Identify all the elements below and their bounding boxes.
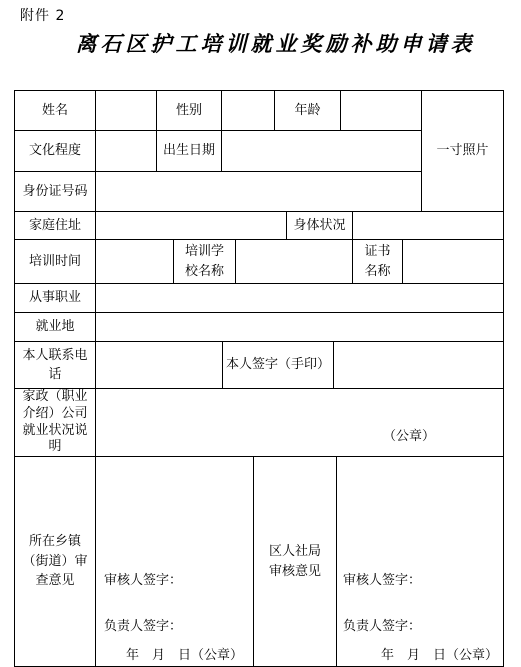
school-name-label: 培训学 校名称 [173, 239, 236, 284]
age-label: 年龄 [274, 90, 341, 131]
form-title: 离石区护工培训就业奖励补助申请表 [0, 28, 521, 58]
age-field[interactable] [340, 90, 422, 131]
address-field[interactable] [95, 211, 287, 240]
birth-date-field[interactable] [221, 130, 422, 172]
company-statement-label: 家政（职业 介绍）公司 就业状况说 明 [14, 388, 96, 457]
township-review-field[interactable]: 审核人签字： 负责人签字： 年 月 日（公章） [95, 456, 254, 667]
health-field[interactable] [352, 211, 504, 240]
photo-cell: 一寸照片 [421, 90, 504, 212]
birth-date-label: 出生日期 [156, 130, 222, 172]
gender-label: 性别 [156, 90, 222, 131]
district-date-seal-label: 年 月 日（公章） [381, 644, 498, 663]
district-reviewer-sign-label: 审核人签字： [343, 569, 421, 588]
district-responsible-sign-label: 负责人签字： [343, 615, 421, 634]
certificate-name-field[interactable] [402, 239, 504, 284]
id-number-field[interactable] [95, 171, 422, 212]
phone-label: 本人联系电 话 [14, 341, 96, 389]
self-signature-field[interactable] [333, 341, 504, 389]
employment-place-field[interactable] [95, 312, 504, 342]
employment-place-label: 就业地 [14, 312, 96, 342]
training-time-label: 培训时间 [14, 239, 96, 284]
township-reviewer-sign-label: 审核人签字： [104, 569, 182, 588]
attachment-label: 附件 2 [20, 5, 65, 25]
application-table: 姓名 性别 年龄 一寸照片 文化程度 出生日期 身份证号码 家庭住址 身体状况 … [14, 90, 504, 667]
company-seal-label: （公章） [383, 425, 435, 444]
school-name-field[interactable] [235, 239, 353, 284]
district-review-field[interactable]: 审核人签字： 负责人签字： 年 月 日（公章） [336, 456, 504, 667]
company-statement-field[interactable]: （公章） [95, 388, 504, 457]
training-time-field[interactable] [95, 239, 174, 284]
name-label: 姓名 [14, 90, 96, 131]
district-review-label: 区人社局 审核意见 [253, 456, 337, 667]
phone-field[interactable] [95, 341, 223, 389]
township-review-label: 所在乡镇 （街道）审 查意见 [14, 456, 96, 667]
gender-field[interactable] [221, 90, 275, 131]
education-label: 文化程度 [14, 130, 96, 172]
occupation-label: 从事职业 [14, 283, 96, 313]
township-responsible-sign-label: 负责人签字： [104, 615, 182, 634]
name-field[interactable] [95, 90, 157, 131]
self-signature-label: 本人签字（手印） [222, 341, 334, 389]
form-page: 附件 2 离石区护工培训就业奖励补助申请表 姓名 性别 年龄 一寸照片 文化程度… [0, 0, 521, 667]
certificate-name-label: 证书 名称 [352, 239, 403, 284]
occupation-field[interactable] [95, 283, 504, 313]
education-field[interactable] [95, 130, 157, 172]
health-label: 身体状况 [286, 211, 353, 240]
id-number-label: 身份证号码 [14, 171, 96, 212]
township-date-seal-label: 年 月 日（公章） [126, 644, 243, 663]
address-label: 家庭住址 [14, 211, 96, 240]
